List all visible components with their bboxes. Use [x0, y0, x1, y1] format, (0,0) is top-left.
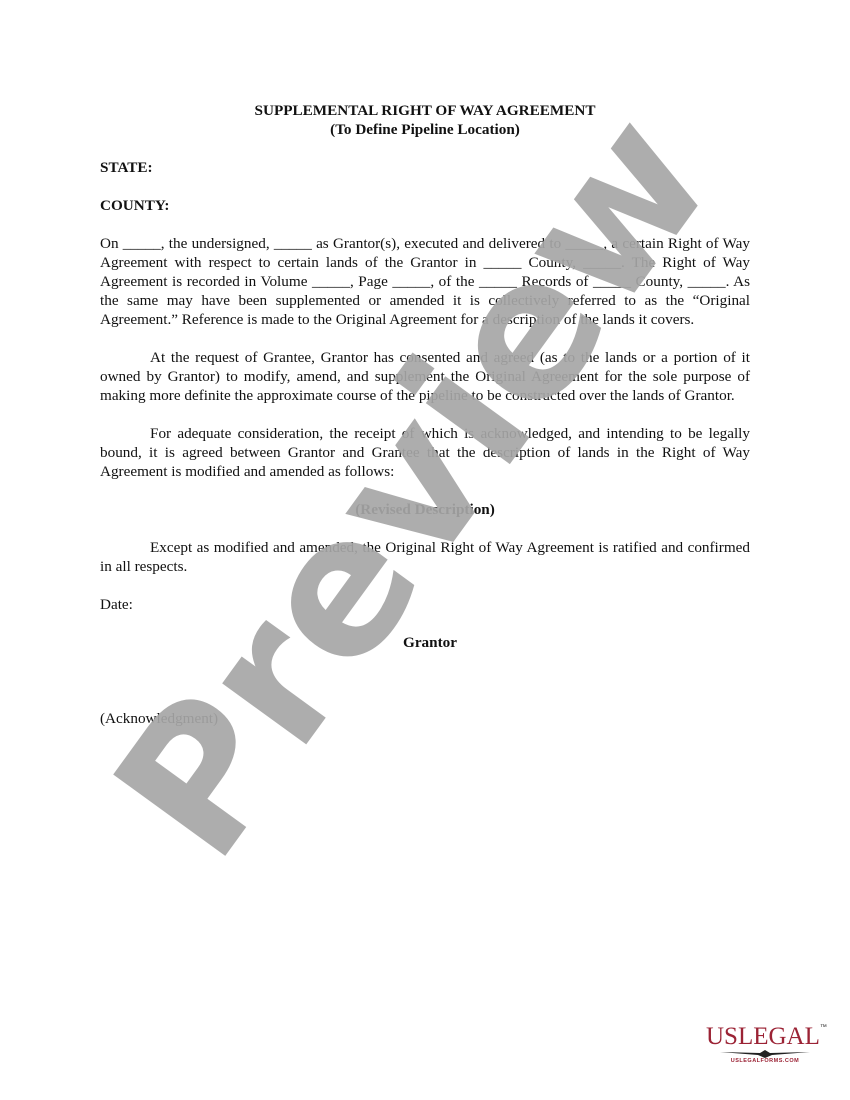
paragraph-request: At the request of Grantee, Grantor has c…: [100, 348, 750, 405]
paragraph-consideration: For adequate consideration, the receipt …: [100, 424, 750, 481]
uslegal-logo: USLEGAL™ USLEGALFORMS.COM: [706, 1024, 824, 1068]
document-title: SUPPLEMENTAL RIGHT OF WAY AGREEMENT: [100, 101, 750, 120]
paragraph-ratification: Except as modified and amended, the Orig…: [100, 538, 750, 576]
logo-trademark: ™: [820, 1024, 827, 1031]
date-label: Date:: [100, 595, 750, 614]
document-body: SUPPLEMENTAL RIGHT OF WAY AGREEMENT (To …: [100, 101, 750, 728]
county-label: COUNTY:: [100, 196, 750, 215]
document-subtitle: (To Define Pipeline Location): [100, 120, 750, 139]
eagle-wing-icon: [720, 1050, 810, 1058]
paragraph-original-agreement: On _____, the undersigned, _____ as Gran…: [100, 234, 750, 329]
grantor-signature-label: Grantor: [100, 633, 750, 652]
state-label: STATE:: [100, 158, 750, 177]
acknowledgment-label: (Acknowledgment): [100, 709, 750, 728]
document-page: SUPPLEMENTAL RIGHT OF WAY AGREEMENT (To …: [0, 0, 850, 1100]
logo-brand: USLEGAL: [706, 1023, 820, 1050]
revised-description-heading: (Revised Description): [100, 500, 750, 519]
logo-url: USLEGALFORMS.COM: [706, 1058, 824, 1064]
